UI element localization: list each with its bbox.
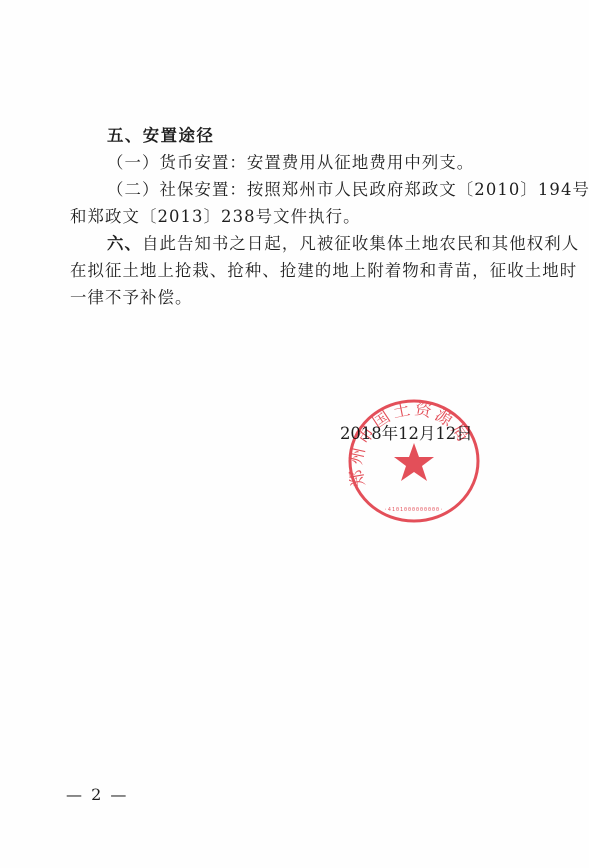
paragraph-social-security-line1: （二）社保安置：按照郑州市人民政府郑政文〔2010〕194号	[107, 176, 542, 203]
section6-line1-text: 自此告知书之日起，凡被征收集体土地农民和其他权利人	[142, 234, 579, 253]
official-seal-icon: 郑州市国土资源局 ·4101000000000·	[345, 397, 483, 525]
paragraph-section6-line3: 一律不予补偿。	[70, 284, 542, 311]
section6-lead: 六、	[107, 234, 142, 253]
svg-text:郑州市国土资源局: 郑州市国土资源局	[346, 399, 474, 488]
paragraph-social-security-line2: 和郑政文〔2013〕238号文件执行。	[70, 203, 542, 230]
paragraph-section6-line2: 在拟征土地上抢栽、抢种、抢建的地上附着物和青苗，征收土地时	[70, 257, 542, 284]
section-heading: 五、安置途径	[107, 122, 579, 149]
paragraph-section6-line1: 六、自此告知书之日起，凡被征收集体土地农民和其他权利人	[107, 230, 542, 257]
svg-text:·4101000000000·: ·4101000000000·	[384, 507, 444, 513]
document-page: 五、安置途径 （一）货币安置：安置费用从征地费用中列支。 （二）社保安置：按照郑…	[0, 0, 589, 868]
paragraph-monetary-resettlement: （一）货币安置：安置费用从征地费用中列支。	[107, 149, 542, 176]
page-number: — 2 —	[66, 785, 128, 804]
